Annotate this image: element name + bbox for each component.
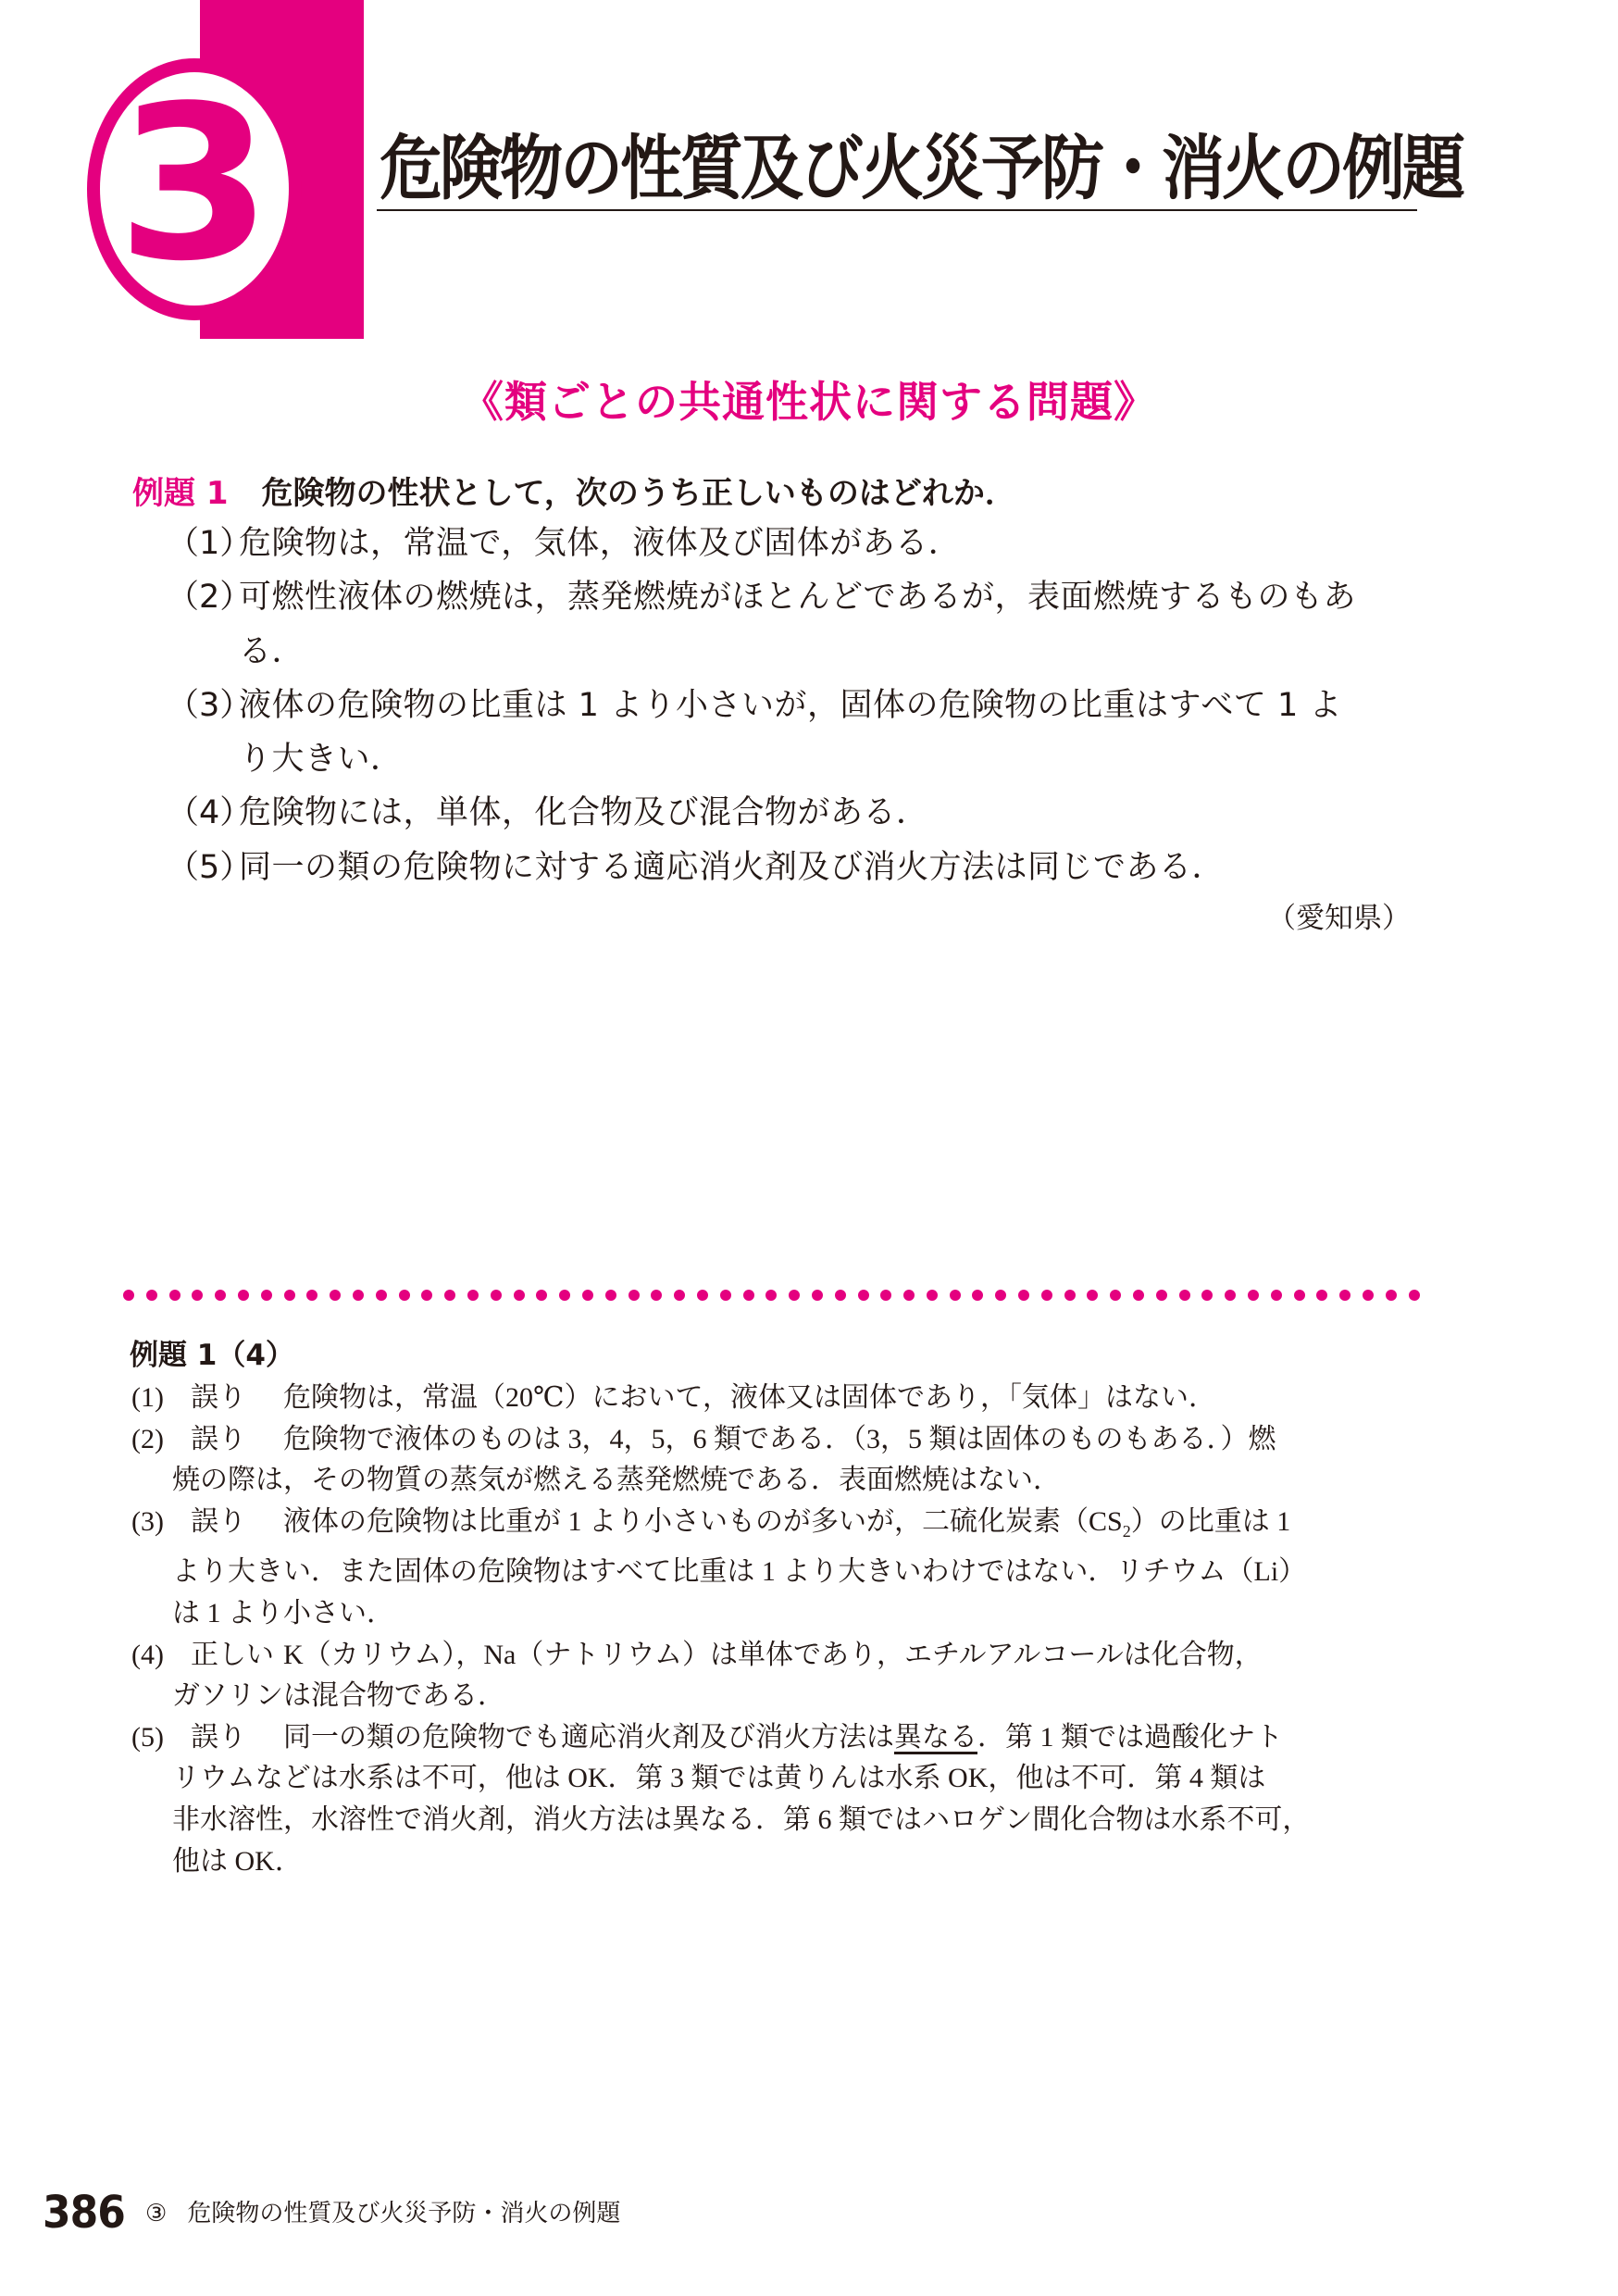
divider-dot — [697, 1290, 708, 1301]
divider-dot — [1133, 1290, 1144, 1301]
divider-dot — [880, 1290, 891, 1301]
answer-verdict: 正しい — [191, 1635, 283, 1677]
divider-dot — [1409, 1290, 1420, 1301]
option-4: （4） 危険物には，単体，化合物及び混合物がある． — [167, 786, 1416, 840]
answer-text: 危険物は，常温（20℃）において，液体又は固体であり，「気体」はない． — [283, 1382, 1216, 1413]
answer-text-cont: ガソリンは混合物である． — [131, 1676, 1413, 1717]
option-text-cont: り大きい． — [239, 741, 404, 778]
divider-dot — [1018, 1290, 1029, 1301]
answer-item-2: (2)誤り危険物で液体のものは 3，4，5，6 類である．（3，5 類は固体のも… — [131, 1419, 1413, 1502]
option-text: 液体の危険物の比重は 1 より小さいが，固体の危険物の比重はすべて 1 よ — [239, 687, 1342, 724]
divider-dot — [903, 1290, 915, 1301]
option-2: （2） 可燃性液体の燃焼は，蒸発燃焼がほとんどであるが，表面燃焼するものもある． — [167, 570, 1416, 679]
answer-text-cont: 他は OK． — [131, 1841, 1413, 1883]
option-text: 危険物には，単体，化合物及び混合物がある． — [239, 794, 929, 831]
answer-heading: 例題 1（4） — [130, 1331, 294, 1373]
divider-dot — [1339, 1290, 1350, 1301]
divider-dot — [1110, 1290, 1121, 1301]
answer-text: 液体の危険物は比重が 1 より小さいものが多いが，二硫化炭素（CS — [283, 1506, 1123, 1537]
page-number: 386 — [43, 2187, 125, 2239]
divider-dot — [1201, 1290, 1213, 1301]
chapter-number-circle: 3 — [100, 72, 289, 306]
divider-dot — [858, 1290, 869, 1301]
answer-text-cont: は 1 より小さい． — [131, 1593, 1413, 1635]
answer-explanations: (1)誤り危険物は，常温（20℃）において，液体又は固体であり，「気体」はない．… — [131, 1378, 1413, 1882]
answer-item-1: (1)誤り危険物は，常温（20℃）において，液体又は固体であり，「気体」はない． — [131, 1378, 1413, 1419]
divider-dot — [261, 1290, 272, 1301]
divider-dot — [421, 1290, 432, 1301]
divider-dot — [1386, 1290, 1397, 1301]
divider-dot — [1363, 1290, 1374, 1301]
question-source: （愛知県） — [1267, 894, 1411, 936]
divider-dot — [559, 1290, 570, 1301]
underlined-text: 異なる — [894, 1722, 977, 1753]
option-number: （5） — [167, 841, 239, 894]
divider-dot — [536, 1290, 547, 1301]
divider-dot — [812, 1290, 823, 1301]
running-footer: ③危険物の性質及び火災予防・消火の例題 — [145, 2194, 620, 2228]
answer-verdict: 誤り — [191, 1378, 283, 1419]
divider-dot — [123, 1290, 134, 1301]
divider-dot — [1248, 1290, 1259, 1301]
option-number: （3） — [167, 679, 239, 787]
option-text-cont: る． — [239, 633, 305, 670]
answer-item-4: (4)正しいK（カリウム），Na（ナトリウム）は単体であり，エチルアルコールは化… — [131, 1635, 1413, 1717]
section-heading: 《類ごとの共通性状に関する問題》 — [0, 368, 1618, 430]
option-text: 可燃性液体の燃焼は，蒸発燃焼がほとんどであるが，表面燃焼するものもあ — [239, 579, 1356, 616]
divider-dot — [1294, 1290, 1305, 1301]
divider-dot — [582, 1290, 593, 1301]
option-text: 危険物は，常温で，気体，液体及び固体がある． — [239, 525, 961, 562]
divider-dot — [972, 1290, 983, 1301]
question-text: 危険物の性状として，次のうち正しいものはどれか． — [262, 475, 1016, 512]
divider-dot — [444, 1290, 455, 1301]
divider-dot — [720, 1290, 731, 1301]
divider-dot — [1225, 1290, 1236, 1301]
divider-dot — [491, 1290, 502, 1301]
divider-dot — [215, 1290, 226, 1301]
answer-number: (4) — [131, 1635, 191, 1677]
answer-verdict: 誤り — [191, 1502, 283, 1543]
answer-number: (3) — [131, 1502, 191, 1543]
divider-dot — [605, 1290, 616, 1301]
divider-dot — [146, 1290, 157, 1301]
divider-dot — [1156, 1290, 1167, 1301]
divider-dot — [674, 1290, 685, 1301]
divider-dot — [835, 1290, 846, 1301]
divider-dot — [169, 1290, 180, 1301]
answer-text: ）の比重は 1 — [1131, 1506, 1291, 1537]
divider-dot — [284, 1290, 295, 1301]
answer-number: (5) — [131, 1717, 191, 1759]
option-text: 同一の類の危険物に対する適応消火剤及び消火方法は同じである． — [239, 849, 1225, 886]
divider-dot — [1041, 1290, 1052, 1301]
divider-dot — [1064, 1290, 1076, 1301]
chapter-number: 3 — [117, 79, 272, 292]
option-5: （5） 同一の類の危険物に対する適応消火剤及び消火方法は同じである． — [167, 841, 1416, 894]
divider-dot — [376, 1290, 387, 1301]
divider-dot — [192, 1290, 203, 1301]
divider-dot — [467, 1290, 479, 1301]
question-label: 例題 1 — [132, 475, 229, 512]
divider-dot — [651, 1290, 662, 1301]
answer-text: ．第 1 類では過酸化ナト — [977, 1722, 1283, 1753]
answer-text: 同一の類の危険物でも適応消火剤及び消火方法は — [283, 1722, 894, 1753]
answer-text-cont: リウムなどは水系は不可，他は OK．第 3 類では黄りんは水系 OK，他は不可．… — [131, 1758, 1413, 1800]
chapter-title: 危険物の性質及び火災予防・消火の例題 — [380, 113, 1462, 214]
question-header: 例題 1危険物の性状として，次のうち正しいものはどれか． — [132, 468, 1016, 513]
divider-dot — [306, 1290, 317, 1301]
divider-dot — [1179, 1290, 1190, 1301]
answer-text-cont: 焼の際は，その物質の蒸気が燃える蒸発燃焼である．表面燃焼はない． — [131, 1460, 1413, 1502]
option-number: （4） — [167, 786, 239, 840]
answer-verdict: 誤り — [191, 1419, 283, 1461]
divider-dot — [353, 1290, 364, 1301]
divider-dot — [1087, 1290, 1098, 1301]
dotted-divider — [123, 1290, 1420, 1301]
divider-dot — [1271, 1290, 1282, 1301]
divider-dot — [629, 1290, 640, 1301]
divider-dot — [789, 1290, 800, 1301]
divider-dot — [995, 1290, 1006, 1301]
divider-dot — [743, 1290, 754, 1301]
chapter-mark: ③ — [145, 2200, 167, 2227]
answer-number: (1) — [131, 1378, 191, 1419]
divider-dot — [330, 1290, 341, 1301]
divider-dot — [950, 1290, 961, 1301]
title-underline — [377, 209, 1417, 211]
divider-dot — [514, 1290, 525, 1301]
answer-item-5: (5)誤り同一の類の危険物でも適応消火剤及び消火方法は異なる．第 1 類では過酸… — [131, 1717, 1413, 1882]
divider-dot — [399, 1290, 410, 1301]
divider-dot — [238, 1290, 249, 1301]
option-number: （2） — [167, 570, 239, 679]
option-3: （3） 液体の危険物の比重は 1 より小さいが，固体の危険物の比重はすべて 1 … — [167, 679, 1416, 787]
answer-verdict: 誤り — [191, 1717, 283, 1759]
answer-item-3: (3)誤り液体の危険物は比重が 1 より小さいものが多いが，二硫化炭素（CS2）… — [131, 1502, 1413, 1635]
option-number: （1） — [167, 517, 239, 570]
divider-dot — [927, 1290, 938, 1301]
subscript: 2 — [1123, 1522, 1131, 1541]
answer-text-cont: より大きい．また固体の危険物はすべて比重は 1 より大きいわけではない．リチウム… — [131, 1552, 1413, 1593]
option-1: （1） 危険物は，常温で，気体，液体及び固体がある． — [167, 517, 1416, 570]
answer-text: K（カリウム），Na（ナトリウム）は単体であり，エチルアルコールは化合物， — [283, 1640, 1263, 1670]
divider-dot — [765, 1290, 777, 1301]
answer-text: 危険物で液体のものは 3，4，5，6 類である．（3，5 類は固体のものもある．… — [283, 1424, 1276, 1454]
footer-chapter-title: 危険物の性質及び火災予防・消火の例題 — [187, 2200, 620, 2227]
divider-dot — [1316, 1290, 1327, 1301]
answer-text-cont: 非水溶性，水溶性で消火剤，消火方法は異なる．第 6 類ではハロゲン間化合物は水系… — [131, 1800, 1413, 1841]
question-options: （1） 危険物は，常温で，気体，液体及び固体がある． （2） 可燃性液体の燃焼は… — [167, 517, 1416, 894]
answer-number: (2) — [131, 1419, 191, 1461]
